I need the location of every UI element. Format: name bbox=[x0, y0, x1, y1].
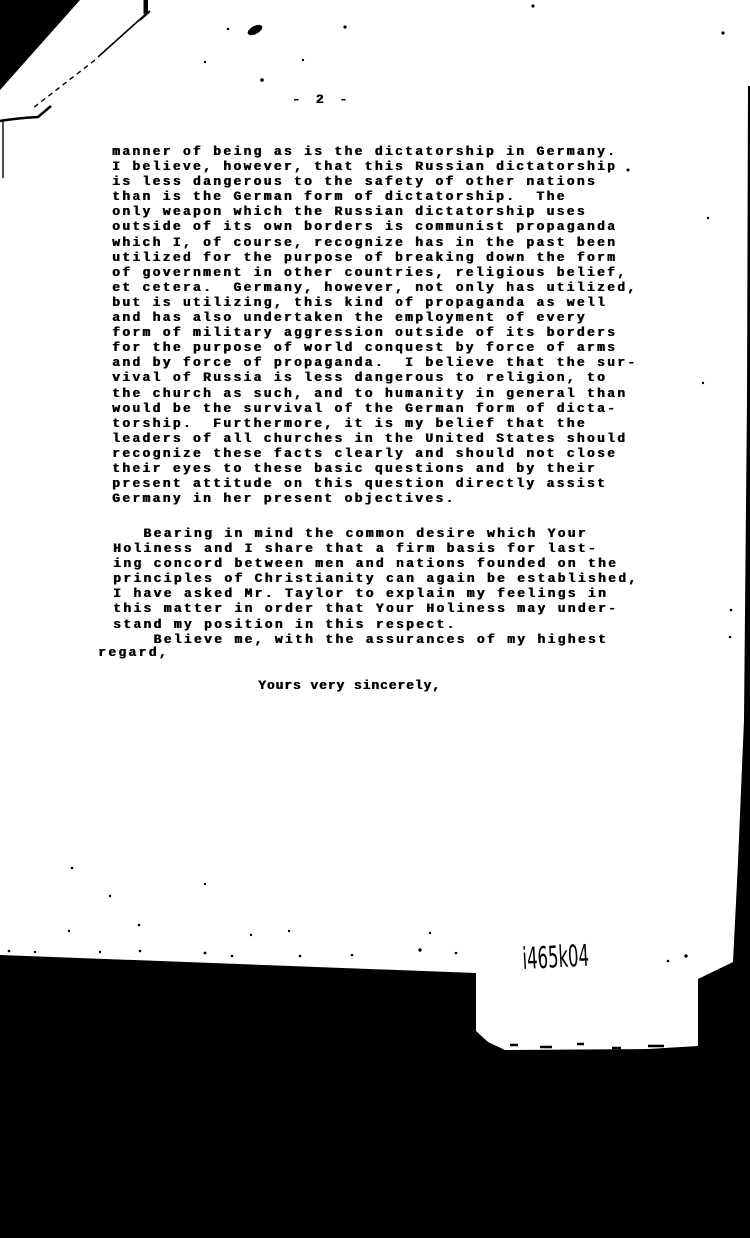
letter-body-paragraph-2: Bearing in mind the common desire which … bbox=[113, 526, 638, 647]
letter-body-paragraph-1: manner of being as is the dictatorship i… bbox=[112, 144, 637, 506]
ink-blob bbox=[246, 23, 264, 38]
page-number: - 2 - bbox=[292, 92, 351, 107]
scanned-letter-page: i465k04 - 2 - manner of being as is the … bbox=[0, 0, 750, 1238]
fold-crease-line-dashed bbox=[33, 60, 95, 108]
handwritten-code-text: i465k04 bbox=[522, 938, 590, 976]
edge-squiggle-mark bbox=[0, 106, 51, 121]
fold-mark-vertical bbox=[144, 0, 149, 14]
letter-line-regard: regard, bbox=[98, 645, 169, 660]
ragged-edge-dash bbox=[510, 1044, 664, 1048]
complimentary-close: Yours very sincerely, bbox=[258, 678, 441, 693]
handwritten-annotation: i465k04 bbox=[522, 938, 590, 976]
